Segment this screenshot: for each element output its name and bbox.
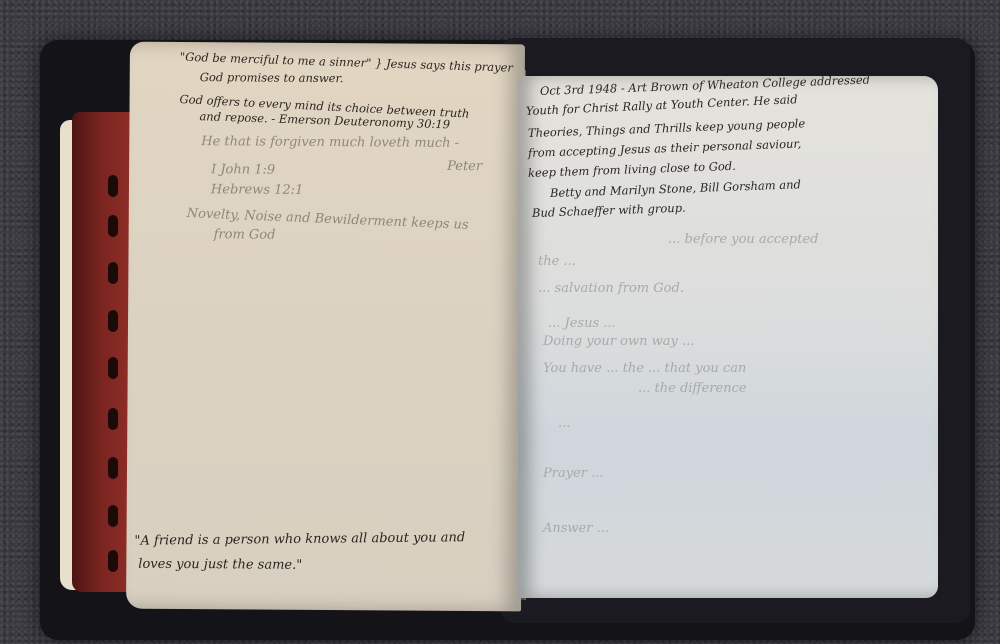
left-page: "God be merciful to me a sinner" } Jesus… <box>126 42 525 612</box>
handwritten-line: Hebrews 12:1 <box>211 182 303 198</box>
faint-line: ... salvation from God. <box>538 281 684 296</box>
thumb-tab <box>108 215 118 237</box>
thumb-tab <box>108 262 118 284</box>
handwritten-line: Oct 3rd 1948 - Art Brown of Wheaton Coll… <box>540 72 870 98</box>
right-page: Oct 3rd 1948 - Art Brown of Wheaton Coll… <box>518 76 938 598</box>
handwritten-line: keep them from living close to God. <box>528 159 736 180</box>
handwritten-line: from accepting Jesus as their personal s… <box>528 136 802 160</box>
faint-line: Doing your own way ... <box>543 334 694 349</box>
thumb-tab <box>108 310 118 332</box>
thumb-tab <box>108 550 118 572</box>
friend-quote-line: loves you just the same." <box>138 557 302 573</box>
handwritten-line: Bud Schaeffer with group. <box>532 201 686 220</box>
thumb-tab <box>108 505 118 527</box>
handwritten-line: Theories, Things and Thrills keep young … <box>528 116 806 140</box>
handwritten-line: I John 1:9 <box>211 162 275 177</box>
faint-line: Answer ... <box>543 521 609 536</box>
handwritten-line: Betty and Marilyn Stone, Bill Gorsham an… <box>550 177 801 200</box>
handwritten-line: Peter <box>447 159 482 174</box>
thumb-tab <box>108 457 118 479</box>
faint-line: You have ... the ... that you can <box>543 361 746 376</box>
faint-line: ... before you accepted <box>668 232 818 247</box>
handwritten-line: God promises to answer. <box>200 70 344 85</box>
faint-line: ... the difference <box>638 381 747 396</box>
faint-line: the ... <box>538 254 576 269</box>
faint-line: ... Jesus ... <box>548 316 616 331</box>
thumb-tab <box>108 357 118 379</box>
handwritten-line: He that is forgiven much loveth much - <box>201 134 459 151</box>
faint-line: Prayer ... <box>543 466 604 481</box>
thumb-tab <box>108 175 118 197</box>
thumb-tab <box>108 408 118 430</box>
handwritten-line: from God <box>214 227 276 242</box>
friend-quote-line: "A friend is a person who knows all abou… <box>134 530 465 548</box>
faint-line: ... <box>558 416 570 431</box>
